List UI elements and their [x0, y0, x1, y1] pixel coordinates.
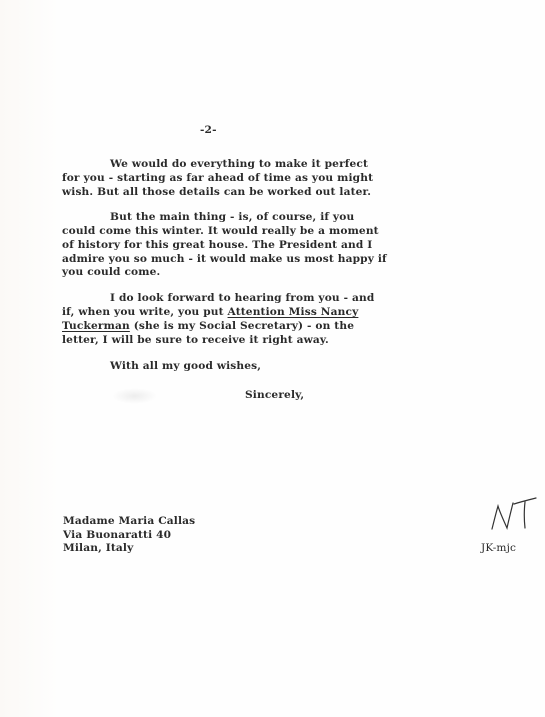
faint-smudge — [112, 388, 157, 404]
recipient-city: Milan, Italy — [63, 542, 133, 555]
closing-wishes: With all my good wishes, — [110, 360, 261, 373]
paragraph-2-line-3: of history for this great house. The Pre… — [62, 239, 372, 252]
paragraph-1-line-3: wish. But all those details can be worke… — [62, 186, 371, 199]
paragraph-1-line-2: for you - starting as far ahead of time … — [62, 172, 373, 185]
paragraph-1-line-1: We would do everything to make it perfec… — [110, 158, 368, 171]
surname-underlined: Tuckerman — [62, 320, 130, 332]
handwritten-initials-mark — [488, 497, 538, 535]
paragraph-3-line-1: I do look forward to hearing from you - … — [110, 292, 374, 305]
attention-name-underlined: Attention Miss Nancy — [228, 306, 359, 318]
paragraph-2-line-1: But the main thing - is, of course, if y… — [110, 211, 354, 224]
paragraph-3-line-3-text: (she is my Social Secretary) - on the — [130, 320, 354, 332]
paragraph-2-line-4: admire you so much - it would make us mo… — [62, 253, 387, 266]
recipient-street: Via Buonaratti 40 — [63, 529, 171, 542]
paragraph-2-line-2: could come this winter. It would really … — [62, 225, 379, 238]
paragraph-3-line-4: letter, I will be sure to receive it rig… — [62, 334, 329, 347]
page-number: -2- — [200, 124, 217, 137]
paragraph-3-line-2: if, when you write, you put Attention Mi… — [62, 306, 358, 319]
recipient-name: Madame Maria Callas — [63, 515, 195, 528]
reference-initials: JK-mjc — [481, 542, 516, 555]
paragraph-2-line-5: you could come. — [62, 266, 160, 279]
paragraph-3-line-2-text: if, when you write, you put — [62, 306, 228, 318]
letter-page: -2- We would do everything to make it pe… — [0, 0, 545, 717]
paragraph-3-line-3: Tuckerman (she is my Social Secretary) -… — [62, 320, 354, 333]
closing-sincerely: Sincerely, — [245, 389, 304, 402]
